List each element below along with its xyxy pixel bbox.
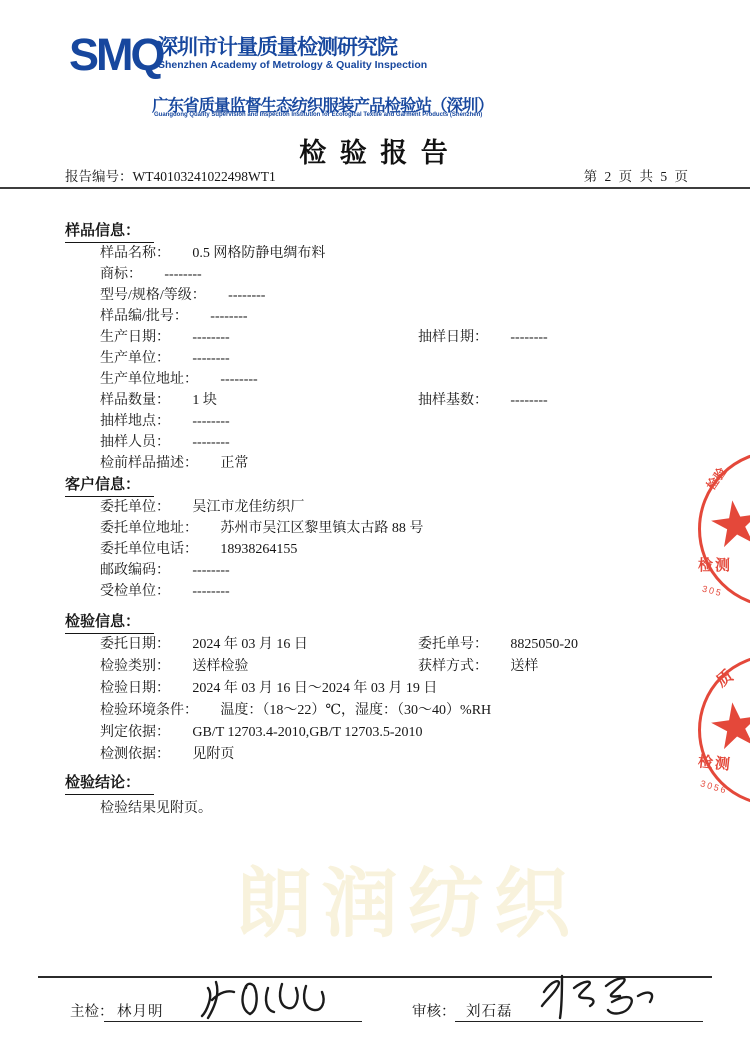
field-value: 送样 <box>510 659 538 674</box>
field-value: -------- <box>228 288 265 303</box>
field-label: 样品名称： <box>100 246 170 261</box>
field-row: 委托单位电话：18938264155 <box>100 539 423 560</box>
report-meta-row: 报告编号：WT40103241022498WT1 第 2 页 共 5 页 <box>65 165 690 185</box>
field-label: 生产日期： <box>100 330 170 345</box>
field-second-column: 抽样日期：-------- <box>418 327 548 348</box>
field-value: 吴江市龙佳纺织厂 <box>192 500 304 515</box>
red-seal-stamp-1: 检验 ★ 检测 305 <box>696 448 750 620</box>
field-row: 委托单位地址：苏州市吴江区黎里镇太古路 88 号 <box>100 518 423 539</box>
section-heading-sample-info: 样品信息： <box>65 219 154 243</box>
field-label: 检验类别： <box>100 659 170 674</box>
customer-info-rows: 委托单位：吴江市龙佳纺织厂委托单位地址：苏州市吴江区黎里镇太古路 88 号委托单… <box>100 497 423 602</box>
stamp-digits: 305 <box>701 584 724 599</box>
field-label: 委托日期： <box>100 637 170 652</box>
field-row: 检验日期：2024 年 03 月 16 日～2024 年 03 月 19 日 <box>100 678 491 700</box>
field-label: 抽样日期： <box>418 330 488 345</box>
field-value: 2024 年 03 月 16 日 <box>192 637 308 652</box>
field-second-column: 获样方式：送样 <box>418 656 538 678</box>
section-heading-customer-info: 客户信息： <box>65 473 154 497</box>
smq-logo: SMQ <box>69 32 163 77</box>
field-row: 判定依据：GB/T 12703.4-2010,GB/T 12703.5-2010 <box>100 722 491 744</box>
field-label: 委托单位： <box>100 500 170 515</box>
field-row: 检验环境条件：温度：（18～22）℃，湿度：（30～40）%RH <box>100 700 491 722</box>
field-value: 正常 <box>220 456 248 471</box>
field-value: 8825050-20 <box>510 637 578 652</box>
field-row: 受检单位：-------- <box>100 581 423 602</box>
field-value: -------- <box>192 351 229 366</box>
field-value: 温度：（18～22）℃，湿度：（30～40）%RH <box>220 703 491 718</box>
field-label: 检验日期： <box>100 681 170 696</box>
field-row: 检测依据：见附页 <box>100 744 491 766</box>
report-number: 报告编号：WT40103241022498WT1 <box>65 165 276 185</box>
stamp-star-icon: ★ <box>704 490 750 559</box>
station-name-en: Guangdong Quality Supervision and Inspec… <box>154 112 482 118</box>
field-row: 委托日期：2024 年 03 月 16 日委托单号：8825050-20 <box>100 634 491 656</box>
field-row: 邮政编码：-------- <box>100 560 423 581</box>
company-watermark: 朗润纺织 <box>236 843 580 952</box>
field-value: 18938264155 <box>220 542 297 557</box>
reviewer-signature-line <box>455 1021 703 1022</box>
field-label: 生产单位地址： <box>100 372 198 387</box>
field-label: 委托单号： <box>418 637 488 652</box>
field-value: -------- <box>192 584 229 599</box>
field-value: 送样检验 <box>192 659 248 674</box>
field-second-column: 抽样基数：-------- <box>418 390 548 411</box>
field-value: -------- <box>210 309 247 324</box>
field-label: 检测依据： <box>100 747 170 762</box>
organization-name-en: Shenzhen Academy of Metrology & Quality … <box>158 59 427 71</box>
organization-name-cn: 深圳市计量质量检测研究院 <box>157 36 397 59</box>
report-number-value: WT40103241022498WT1 <box>133 169 276 184</box>
sample-info-rows: 样品名称：0.5 网格防静电绸布料商标：--------型号/规格/等级：---… <box>100 243 325 474</box>
field-row: 检前样品描述：正常 <box>100 453 325 474</box>
inspection-report-page: SMQ 深圳市计量质量检测研究院 Shenzhen Academy of Met… <box>0 0 750 1060</box>
field-row: 生产单位：-------- <box>100 348 325 369</box>
field-value: -------- <box>510 393 547 408</box>
field-label: 型号/规格/等级： <box>100 288 206 303</box>
field-value: 2024 年 03 月 16 日～2024 年 03 月 19 日 <box>192 681 437 696</box>
field-value: -------- <box>192 414 229 429</box>
field-row: 商标：-------- <box>100 264 325 285</box>
field-value: -------- <box>192 435 229 450</box>
field-row: 型号/规格/等级：-------- <box>100 285 325 306</box>
field-label: 委托单位电话： <box>100 542 198 557</box>
field-value: GB/T 12703.4-2010,GB/T 12703.5-2010 <box>192 725 422 740</box>
field-row: 抽样地点：-------- <box>100 411 325 432</box>
field-value: 苏州市吴江区黎里镇太古路 88 号 <box>220 521 423 536</box>
reviewer-name: 刘石磊 <box>466 1000 513 1021</box>
header-divider-line <box>0 187 750 189</box>
inspection-info-rows: 委托日期：2024 年 03 月 16 日委托单号：8825050-20检验类别… <box>100 634 491 766</box>
field-row: 生产单位地址：-------- <box>100 369 325 390</box>
field-label: 生产单位： <box>100 351 170 366</box>
inspector-name: 林月明 <box>117 1000 164 1021</box>
field-value: -------- <box>220 372 257 387</box>
reviewer-signature-handwriting <box>538 972 678 1022</box>
inspector-label: 主检： <box>70 1000 114 1021</box>
field-label: 商标： <box>100 267 142 282</box>
section-heading-inspection-info: 检验信息： <box>65 610 154 634</box>
conclusion-text: 检验结果见附页。 <box>100 797 212 817</box>
field-value: 0.5 网格防静电绸布料 <box>192 246 325 261</box>
field-label: 样品数量： <box>100 393 170 408</box>
field-label: 检验环境条件： <box>100 703 198 718</box>
field-label: 受检单位： <box>100 584 170 599</box>
field-label: 检前样品描述： <box>100 456 198 471</box>
field-label: 邮政编码： <box>100 563 170 578</box>
stamp-label: 检测 <box>698 554 732 575</box>
report-number-label: 报告编号： <box>65 169 133 184</box>
field-second-column: 委托单号：8825050-20 <box>418 634 578 656</box>
field-label: 抽样基数： <box>418 393 488 408</box>
page-indicator: 第 2 页 共 5 页 <box>584 165 690 185</box>
field-value: -------- <box>192 563 229 578</box>
inspector-signature-line <box>104 1021 362 1022</box>
field-label: 样品编/批号： <box>100 309 188 324</box>
field-label: 获样方式： <box>418 659 488 674</box>
stamp-label: 检测 <box>697 750 733 774</box>
field-value: -------- <box>192 330 229 345</box>
field-value: -------- <box>510 330 547 345</box>
red-seal-stamp-2: 质 ★ 检测 3056 <box>696 652 750 817</box>
field-row: 生产日期：--------抽样日期：-------- <box>100 327 325 348</box>
field-row: 检验类别：送样检验获样方式：送样 <box>100 656 491 678</box>
field-label: 委托单位地址： <box>100 521 198 536</box>
reviewer-label: 审核： <box>412 1000 456 1021</box>
field-label: 判定依据： <box>100 725 170 740</box>
field-value: -------- <box>164 267 201 282</box>
field-label: 抽样人员： <box>100 435 170 450</box>
field-label: 抽样地点： <box>100 414 170 429</box>
section-heading-conclusion: 检验结论： <box>65 771 154 795</box>
field-row: 样品编/批号：-------- <box>100 306 325 327</box>
field-value: 见附页 <box>192 747 234 762</box>
field-row: 委托单位：吴江市龙佳纺织厂 <box>100 497 423 518</box>
field-row: 抽样人员：-------- <box>100 432 325 453</box>
field-row: 样品名称：0.5 网格防静电绸布料 <box>100 243 325 264</box>
field-row: 样品数量：1 块抽样基数：-------- <box>100 390 325 411</box>
field-value: 1 块 <box>192 393 217 408</box>
inspector-signature-handwriting <box>198 976 338 1022</box>
